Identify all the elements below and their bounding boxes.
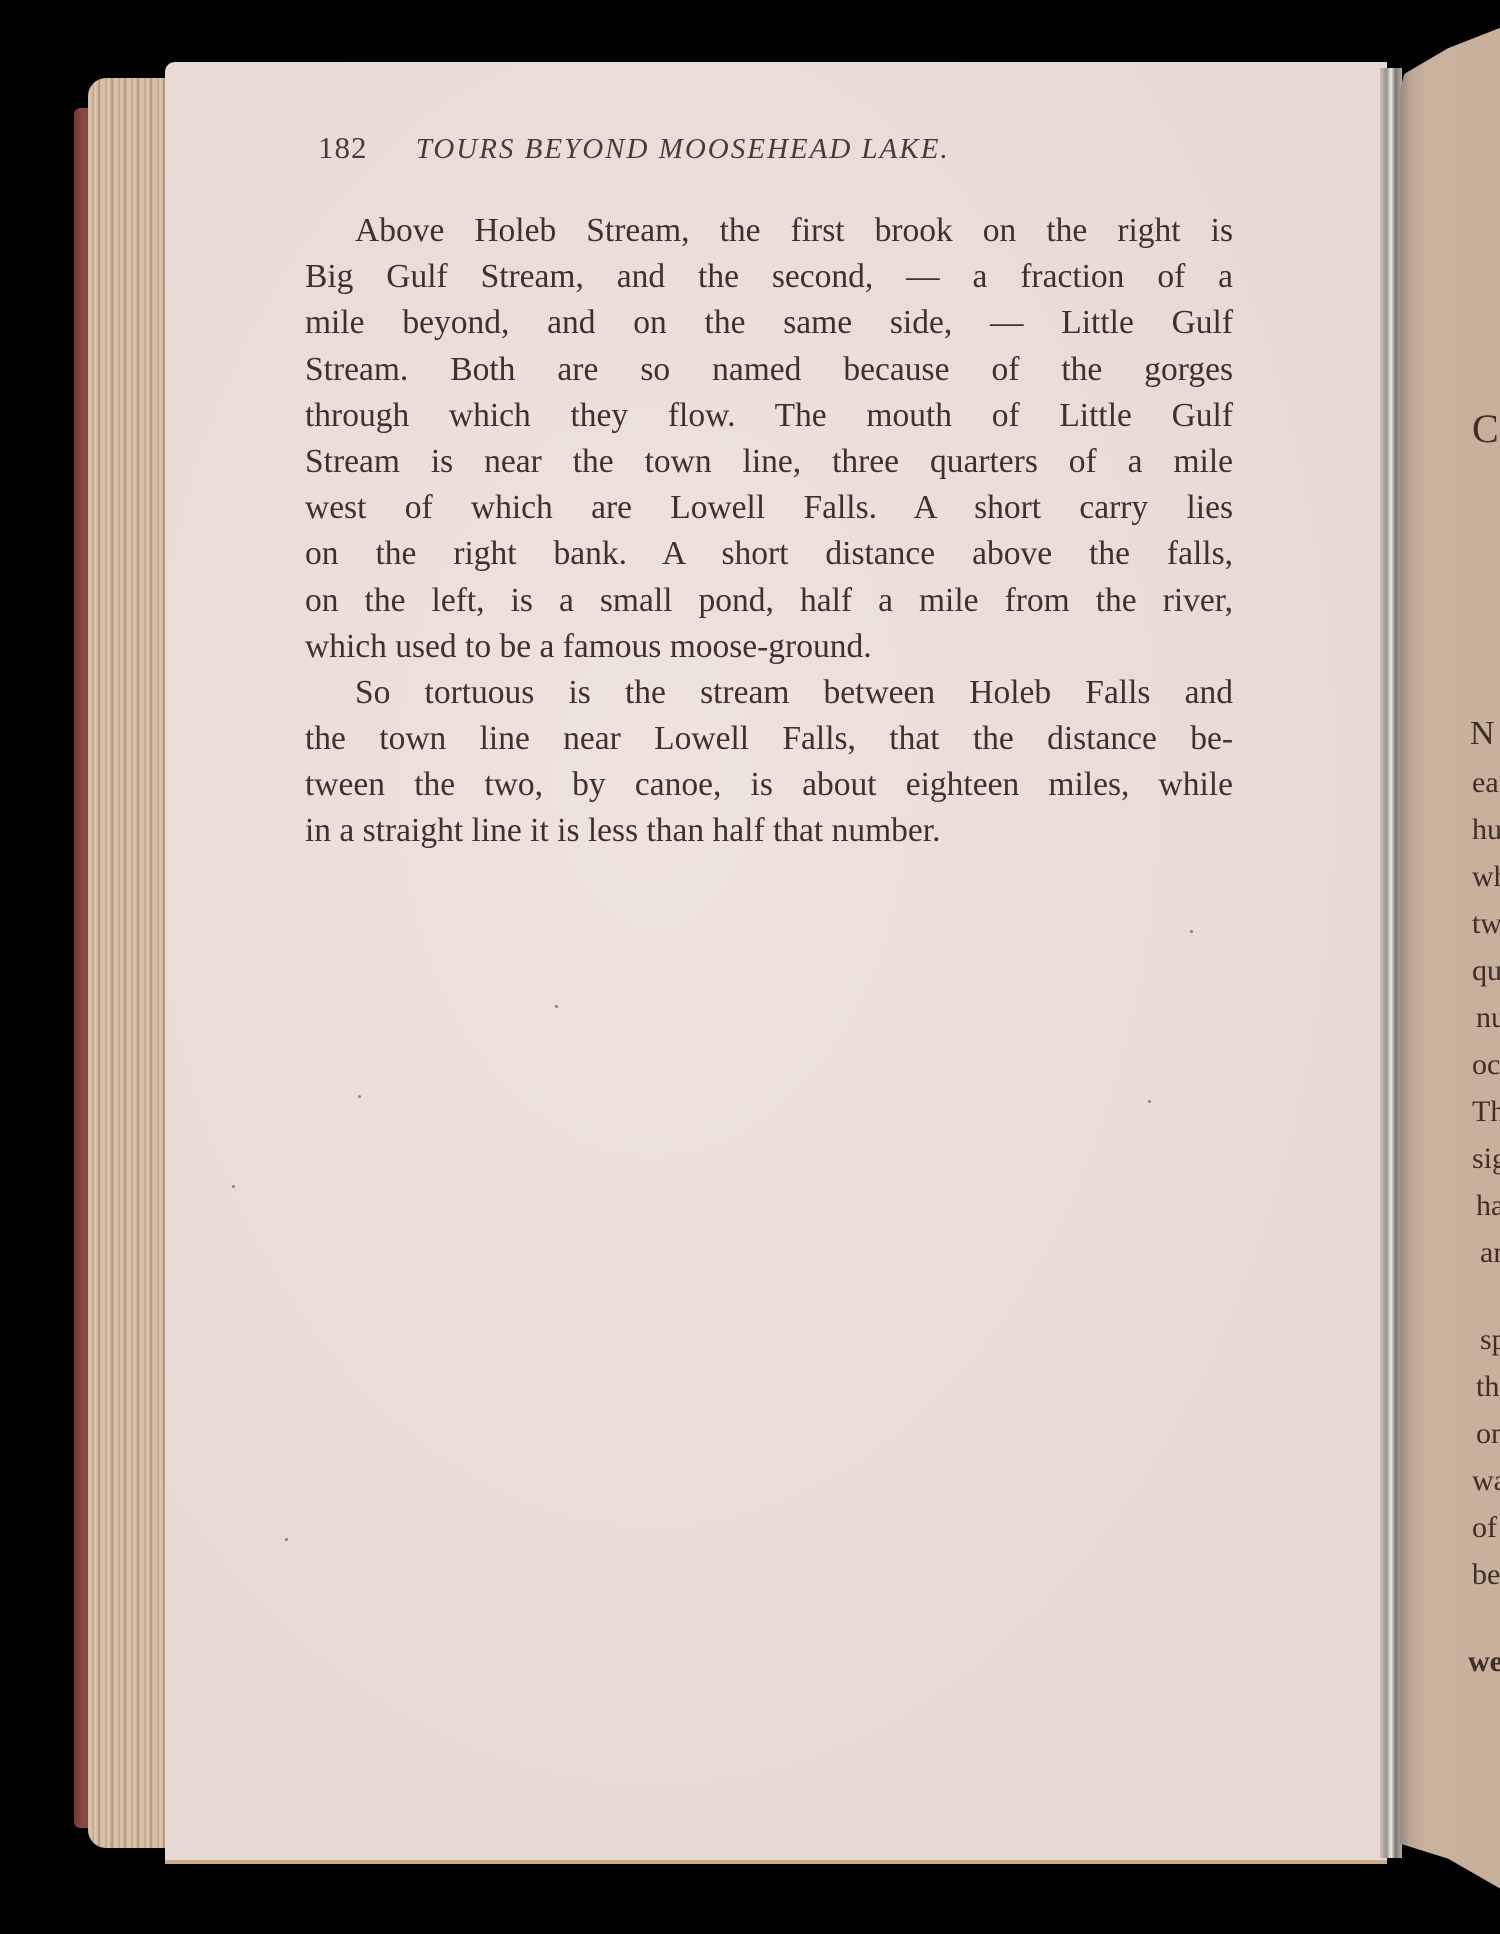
text-line: Above Holeb Stream, the first brook on t… [305, 208, 1233, 254]
book-gutter [1380, 68, 1402, 1858]
text-line: through which they flow. The mouth of Li… [305, 393, 1233, 439]
paper-speck [1190, 930, 1193, 933]
facing-fragment: oc [1472, 1048, 1500, 1082]
facing-fragment: wa [1472, 1464, 1500, 1498]
paper-speck [285, 1538, 288, 1541]
text-line: in a straight line it is less than half … [305, 808, 1233, 854]
text-line: on the left, is a small pond, half a mil… [305, 578, 1233, 624]
text-line: So tortuous is the stream between Holeb … [305, 670, 1233, 716]
facing-fragment: an [1480, 1236, 1500, 1270]
paragraph-2: So tortuous is the stream between Holeb … [305, 670, 1233, 855]
text-line: Big Gulf Stream, and the second, — a fra… [305, 254, 1233, 300]
text-line: Stream is near the town line, three quar… [305, 439, 1233, 485]
facing-fragment: C [1472, 405, 1499, 452]
text-line: the town line near Lowell Falls, that th… [305, 716, 1233, 762]
body-text: Above Holeb Stream, the first brook on t… [305, 208, 1233, 855]
paper-speck [555, 1005, 558, 1008]
text-line: Stream. Both are so named because of the… [305, 347, 1233, 393]
text-line: mile beyond, and on the same side, — Lit… [305, 300, 1233, 346]
text-line: tween the two, by canoe, is about eighte… [305, 762, 1233, 808]
facing-fragment: ea [1472, 766, 1499, 800]
running-head: 182 TOURS BEYOND MOOSEHEAD LAKE. [318, 130, 950, 166]
paper-speck [1148, 1100, 1151, 1103]
facing-fragment: we [1468, 1645, 1500, 1679]
paragraph-1: Above Holeb Stream, the first brook on t… [305, 208, 1233, 670]
facing-fragment: of [1472, 1511, 1497, 1545]
facing-fragment: N [1470, 715, 1495, 753]
text-line: west of which are Lowell Falls. A short … [305, 485, 1233, 531]
paper-speck [358, 1095, 361, 1098]
facing-fragment: nu [1476, 1001, 1500, 1035]
paper-speck [232, 1185, 235, 1188]
text-line: on the right bank. A short distance abov… [305, 531, 1233, 577]
facing-fragment: Th [1472, 1095, 1500, 1129]
page-number: 182 [318, 130, 368, 165]
facing-fragment: sig [1472, 1142, 1500, 1176]
facing-fragment: ha [1476, 1189, 1500, 1223]
facing-fragment: qu [1472, 954, 1500, 988]
facing-fragment: th [1476, 1370, 1499, 1404]
facing-fragment: sp [1480, 1323, 1500, 1357]
facing-fragment: on [1476, 1417, 1500, 1451]
running-title: TOURS BEYOND MOOSEHEAD LAKE. [416, 133, 950, 165]
facing-fragment: wh [1472, 860, 1500, 894]
facing-fragment: be [1472, 1558, 1500, 1592]
text-line: which used to be a famous moose-ground. [305, 624, 1233, 670]
facing-fragment: hu [1472, 813, 1500, 847]
facing-fragment: tw [1472, 907, 1500, 941]
page-edges [88, 78, 170, 1848]
